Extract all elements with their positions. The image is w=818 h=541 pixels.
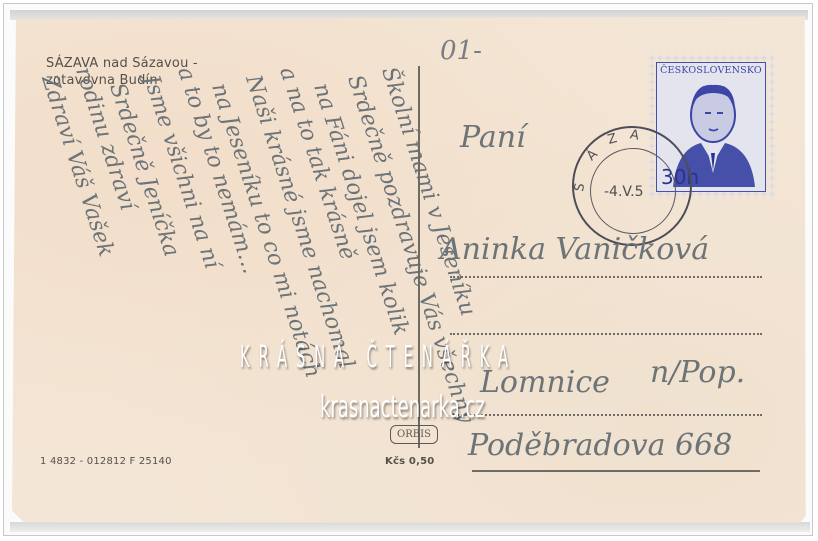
card-shadow-bottom [10,522,810,532]
address-line-4 [472,470,760,472]
recipient-street: Poděbradova 668 [468,428,732,463]
address-line-2 [450,333,762,335]
watermark-site: krasnactenarka.cz [320,390,485,425]
caption-line-1: SÁZAVA nad Sázavou - [46,56,198,71]
address-line-1 [450,276,762,278]
watermark-title: KRÁSNÁ ČTENÁŘKA [240,340,517,375]
postmark-date: -4.V.5 [604,184,644,200]
address-line-3 [450,414,762,416]
recipient-city-suffix: n/Pop. [650,355,745,390]
publisher-logo: ORBIS [390,425,438,444]
salutation: Paní [460,120,526,155]
reference-number: 01- [440,36,482,66]
recipient-name: Aninka Vaničková [440,232,709,267]
catalog-number: 1 4832 - 012812 F 25140 [40,456,172,467]
price: Kčs 0,50 [385,456,434,467]
stamp-country: ČESKOSLOVENSKO [657,65,765,76]
